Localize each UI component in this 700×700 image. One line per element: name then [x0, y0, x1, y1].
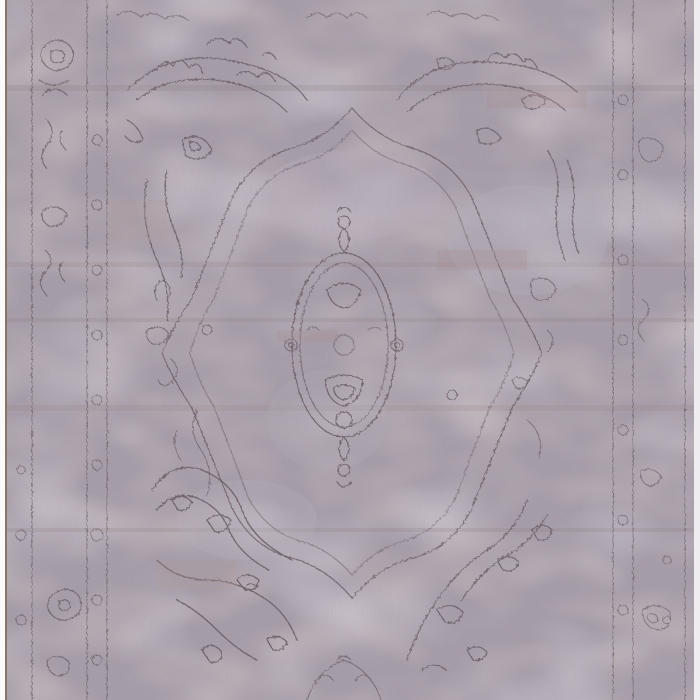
rug-photo: [0, 0, 700, 700]
rug: [7, 0, 694, 700]
rug-pattern: [7, 0, 694, 700]
photo-margin-right: [694, 0, 700, 700]
